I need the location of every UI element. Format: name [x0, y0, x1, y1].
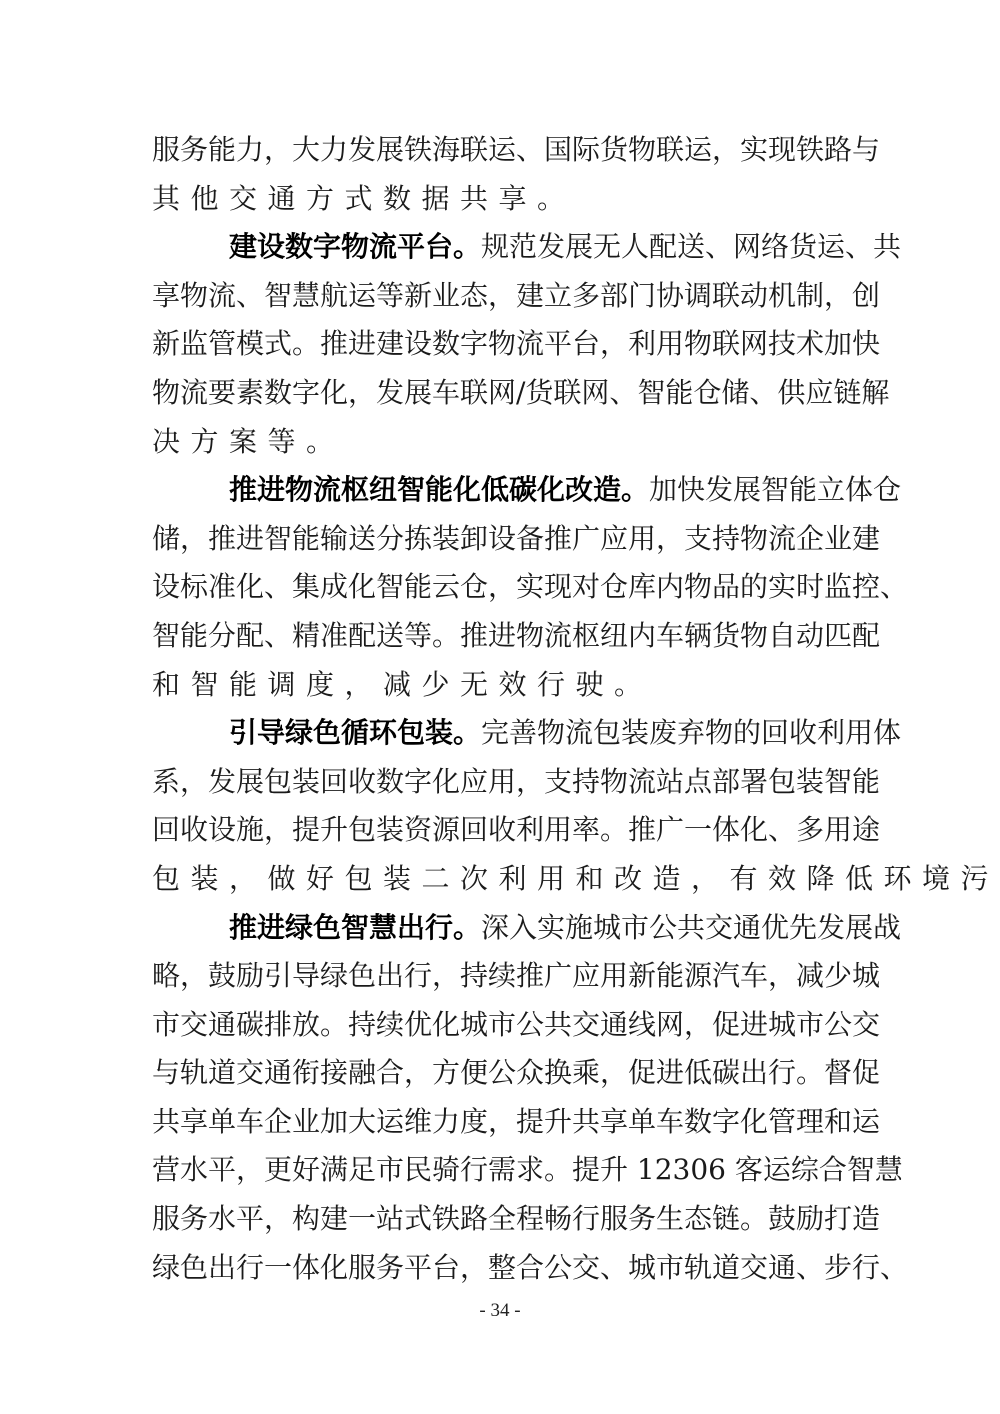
text-line: 略，鼓励引导绿色出行，持续推广应用新能源汽车，减少城	[152, 952, 852, 1001]
page-number: - 34 -	[0, 1300, 1000, 1322]
document-page: 服务能力，大力发展铁海联运、国际货物联运，实现铁路与 其他交通方式数据共享。 建…	[152, 126, 852, 1292]
line-text: 回收设施，提升包装资源回收利用率。推广一体化、多用途	[152, 806, 880, 855]
text-line: 和智能调度，减少无效行驶。	[152, 661, 852, 710]
line-text: 新监管模式。推进建设数字物流平台，利用物联网技术加快	[152, 320, 880, 369]
text-line: 储，推进智能输送分拣装卸设备推广应用，支持物流企业建	[152, 515, 852, 564]
line-text: 服务能力，大力发展铁海联运、国际货物联运，实现铁路与	[152, 126, 880, 175]
line-text: 营水平，更好满足市民骑行需求。提升 12306 客运综合智慧	[152, 1146, 903, 1195]
paragraph-first-line: 建设数字物流平台。规范发展无人配送、网络货运、共	[152, 223, 852, 272]
line-text: 和智能调度，减少无效行驶。	[152, 661, 653, 710]
text-line: 智能分配、精准配送等。推进物流枢纽内车辆货物自动匹配	[152, 612, 852, 661]
line-text: 智能分配、精准配送等。推进物流枢纽内车辆货物自动匹配	[152, 612, 880, 661]
text-line: 回收设施，提升包装资源回收利用率。推广一体化、多用途	[152, 806, 852, 855]
line-text: 系，发展包装回收数字化应用，支持物流站点部署包装智能	[152, 758, 880, 807]
text-line: 共享单车企业加大运维力度，提升共享单车数字化管理和运	[152, 1098, 852, 1147]
text-line: 市交通碳排放。持续优化城市公共交通线网，促进城市公交	[152, 1001, 852, 1050]
paragraph-first-line: 推进物流枢纽智能化低碳化改造。加快发展智能立体仓	[152, 466, 852, 515]
text-line: 系，发展包装回收数字化应用，支持物流站点部署包装智能	[152, 758, 852, 807]
line-text: 设标准化、集成化智能云仓，实现对仓库内物品的实时监控、	[152, 563, 908, 612]
text-line: 绿色出行一体化服务平台，整合公交、城市轨道交通、步行、	[152, 1244, 852, 1293]
line-text: 绿色出行一体化服务平台，整合公交、城市轨道交通、步行、	[152, 1244, 908, 1293]
text-line: 其他交通方式数据共享。	[152, 175, 852, 224]
text-line: 营水平，更好满足市民骑行需求。提升 12306 客运综合智慧	[152, 1146, 852, 1195]
paragraph-heading: 建设数字物流平台。	[229, 230, 481, 263]
paragraph-first-line: 推进绿色智慧出行。深入实施城市公共交通优先发展战	[152, 904, 852, 953]
line-text: 规范发展无人配送、网络货运、共	[481, 230, 901, 263]
paragraph-first-line: 引导绿色循环包装。完善物流包装废弃物的回收利用体	[152, 709, 852, 758]
paragraph-heading: 推进绿色智慧出行。	[229, 911, 481, 944]
line-text: 略，鼓励引导绿色出行，持续推广应用新能源汽车，减少城	[152, 952, 880, 1001]
text-line: 与轨道交通衔接融合，方便公众换乘，促进低碳出行。督促	[152, 1049, 852, 1098]
text-line: 享物流、智慧航运等新业态，建立多部门协调联动机制，创	[152, 272, 852, 321]
line-text: 包装，做好包装二次利用和改造，有效降低环境污染。	[152, 855, 1000, 904]
line-text: 储，推进智能输送分拣装卸设备推广应用，支持物流企业建	[152, 515, 880, 564]
line-text: 服务水平，构建一站式铁路全程畅行服务生态链。鼓励打造	[152, 1195, 880, 1244]
text-line: 设标准化、集成化智能云仓，实现对仓库内物品的实时监控、	[152, 563, 852, 612]
text-line: 服务能力，大力发展铁海联运、国际货物联运，实现铁路与	[152, 126, 852, 175]
paragraph-heading: 推进物流枢纽智能化低碳化改造。	[229, 473, 649, 506]
text-line: 物流要素数字化，发展车联网/货联网、智能仓储、供应链解	[152, 369, 852, 418]
paragraph-heading: 引导绿色循环包装。	[229, 716, 481, 749]
line-text: 完善物流包装废弃物的回收利用体	[481, 716, 901, 749]
line-text: 决方案等。	[152, 418, 345, 467]
line-text: 共享单车企业加大运维力度，提升共享单车数字化管理和运	[152, 1098, 880, 1147]
text-line: 决方案等。	[152, 418, 852, 467]
text-line: 包装，做好包装二次利用和改造，有效降低环境污染。	[152, 855, 852, 904]
line-text: 市交通碳排放。持续优化城市公共交通线网，促进城市公交	[152, 1001, 880, 1050]
line-text: 物流要素数字化，发展车联网/货联网、智能仓储、供应链解	[152, 369, 889, 418]
line-text: 与轨道交通衔接融合，方便公众换乘，促进低碳出行。督促	[152, 1049, 880, 1098]
line-text: 享物流、智慧航运等新业态，建立多部门协调联动机制，创	[152, 272, 880, 321]
text-line: 服务水平，构建一站式铁路全程畅行服务生态链。鼓励打造	[152, 1195, 852, 1244]
line-text: 其他交通方式数据共享。	[152, 175, 576, 224]
line-text: 加快发展智能立体仓	[649, 473, 901, 506]
text-line: 新监管模式。推进建设数字物流平台，利用物联网技术加快	[152, 320, 852, 369]
line-text: 深入实施城市公共交通优先发展战	[481, 911, 901, 944]
